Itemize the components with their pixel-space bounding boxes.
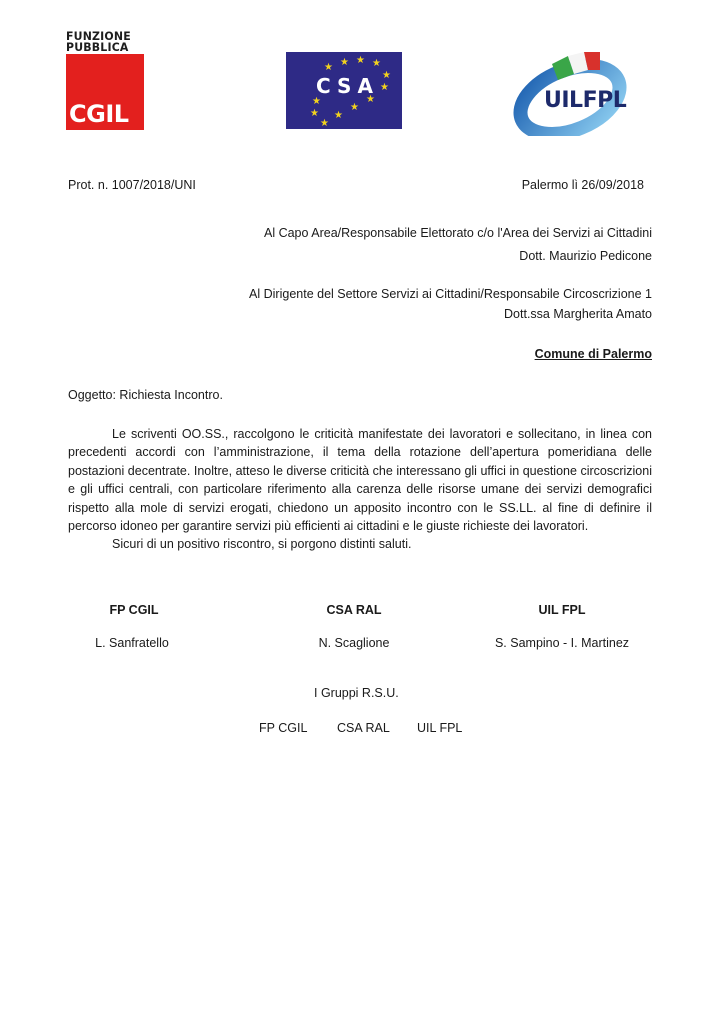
cgil-logo-box: CGIL <box>66 54 144 130</box>
subject-line: Oggetto: Richiesta Incontro. <box>68 387 223 403</box>
place-date: Palermo lì 26/09/2018 <box>522 177 644 193</box>
body-paragraph: Le scriventi OO.SS., raccolgono le criti… <box>68 425 652 535</box>
uilfpl-logo: UILFPL <box>508 44 638 136</box>
signature-union-1: FP CGIL <box>44 602 224 618</box>
cgil-logo-line-2: PUBBLICA <box>66 42 142 53</box>
cgil-logo: FUNZIONE PUBBLICA CGIL <box>66 31 146 130</box>
svg-text:★: ★ <box>324 62 333 73</box>
closing-paragraph: Sicuri di un positivo riscontro, si porg… <box>68 535 652 553</box>
recipient-1-line-2: Dott. Maurizio Pedicone <box>519 248 652 264</box>
svg-text:★: ★ <box>380 82 389 93</box>
rsu-group-1: FP CGIL <box>259 720 307 736</box>
rsu-group-2: CSA RAL <box>337 720 390 736</box>
signature-names-2: N. Scaglione <box>264 635 444 651</box>
protocol-number: Prot. n. 1007/2018/UNI <box>68 177 196 193</box>
svg-text:★: ★ <box>320 118 329 129</box>
rsu-title: I Gruppi R.S.U. <box>314 685 399 701</box>
signature-names-3: S. Sampino - I. Martinez <box>472 635 652 651</box>
signature-names-1: L. Sanfratello <box>42 635 222 651</box>
recipient-1-line-1: Al Capo Area/Responsabile Elettorato c/o… <box>264 225 652 241</box>
signature-union-2: CSA RAL <box>264 602 444 618</box>
svg-text:★: ★ <box>356 55 365 66</box>
svg-text:★: ★ <box>372 58 381 69</box>
recipient-2-line-1: Al Dirigente del Settore Servizi ai Citt… <box>249 286 652 302</box>
organization-name: Comune di Palermo <box>535 346 652 362</box>
rsu-group-3: UIL FPL <box>417 720 462 736</box>
csa-logo-text: CSA <box>316 74 379 98</box>
uilfpl-logo-text: UILFPL <box>544 88 626 113</box>
svg-text:★: ★ <box>382 70 391 81</box>
signature-union-3: UIL FPL <box>472 602 652 618</box>
recipient-2-line-2: Dott.ssa Margherita Amato <box>504 306 652 322</box>
svg-text:★: ★ <box>310 108 319 119</box>
csa-logo: ★ ★ ★ ★ ★ ★ ★ ★ ★ ★ ★ ★ CSA <box>286 52 402 129</box>
svg-text:★: ★ <box>334 110 343 121</box>
cgil-logo-text: CGIL <box>69 100 129 128</box>
letter-body: Le scriventi OO.SS., raccolgono le criti… <box>68 425 652 554</box>
svg-text:★: ★ <box>350 102 359 113</box>
svg-text:★: ★ <box>340 57 349 68</box>
